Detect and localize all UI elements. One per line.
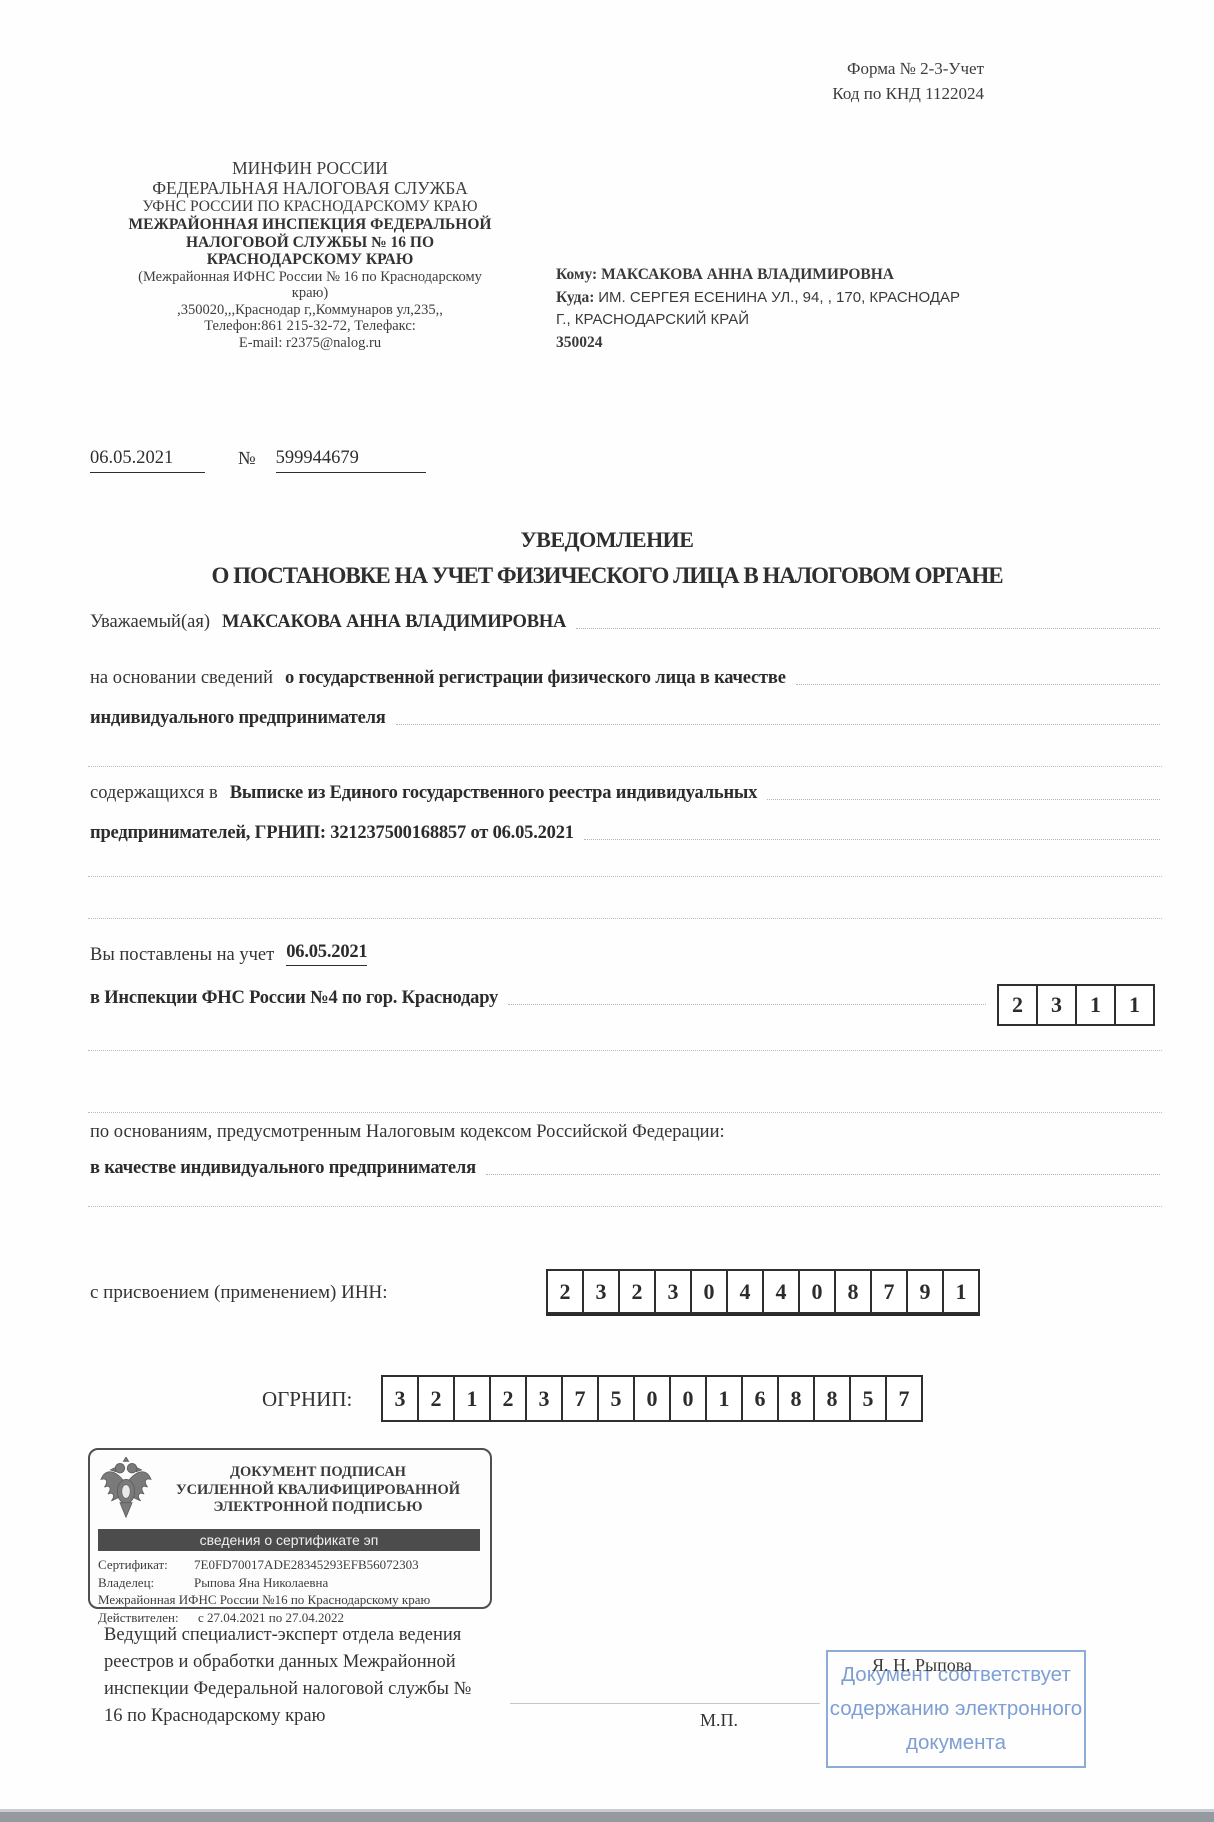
date-number-line: 06.05.2021 № 599944679: [90, 448, 426, 473]
dotted-fill: [796, 684, 1160, 685]
recipient-name-line: Кому: МАКСАКОВА АННА ВЛАДИМИРОВНА: [556, 264, 1016, 287]
ogrnip-digit: 8: [813, 1375, 851, 1422]
ogrnip-digit: 0: [633, 1375, 671, 1422]
inn-digit: 9: [906, 1269, 944, 1314]
inspection-name: в Инспекции ФНС России №4 по гор. Красно…: [90, 988, 498, 1009]
sender-email: E-mail: r2375@nalog.ru: [80, 335, 540, 352]
page-bottom-edge: [0, 1812, 1214, 1822]
sender-line: краю): [80, 285, 540, 302]
ogrnip-digit: 2: [489, 1375, 527, 1422]
inn-digit: 3: [654, 1269, 692, 1314]
inn-digit: 2: [546, 1269, 584, 1314]
coat-of-arms-icon: [98, 1457, 156, 1524]
ogrnip-digit: 8: [777, 1375, 815, 1422]
dotted-fill: [576, 628, 1160, 629]
certificate-info: Сертификат: 7E0FD70017ADE28345293EFB5607…: [98, 1556, 480, 1626]
official-position-line: 16 по Краснодарскому краю: [104, 1703, 584, 1730]
esignature-title-3: ЭЛЕКТРОННОЙ ПОДПИСЬЮ: [156, 1499, 480, 1517]
ogrnip-digit: 5: [597, 1375, 635, 1422]
inn-boxes: 2 3 2 3 0 4 4 0 8 7 9 1: [546, 1269, 980, 1316]
inn-digit: 2: [618, 1269, 656, 1314]
sender-block: МИНФИН РОССИИ ФЕДЕРАЛЬНАЯ НАЛОГОВАЯ СЛУЖ…: [80, 158, 540, 351]
owner-row: Владелец: Рыпова Яна Николаевна: [98, 1574, 480, 1592]
owner-label: Владелец:: [98, 1574, 194, 1592]
ogrnip-digit: 7: [885, 1375, 923, 1422]
dotted-fill: [396, 724, 1160, 725]
dotted-separator: [88, 1050, 1162, 1051]
recipient-postcode: 350024: [556, 332, 1016, 355]
inn-digit: 1: [942, 1269, 980, 1314]
dotted-separator: [88, 1112, 1162, 1113]
contained-row-2: предпринимателей, ГРНИП: 321237500168857…: [90, 823, 1160, 844]
verification-stamp-line: документа: [828, 1726, 1084, 1760]
basis-row-1: на основании сведений о государственной …: [90, 668, 1160, 689]
esignature-title-2: УСИЛЕННОЙ КВАЛИФИЦИРОВАННОЙ: [156, 1482, 480, 1500]
stamp-place-label: М.П.: [700, 1710, 738, 1731]
esignature-title-1: ДОКУМЕНТ ПОДПИСАН: [156, 1464, 480, 1482]
ogrnip-digit: 7: [561, 1375, 599, 1422]
basis-value-1: о государственной регистрации физическог…: [285, 668, 786, 689]
ogrnip-digit: 1: [453, 1375, 491, 1422]
recipient-address-2: Г., КРАСНОДАРСКИЙ КРАЙ: [556, 309, 1016, 332]
esignature-stamp: ДОКУМЕНТ ПОДПИСАН УСИЛЕННОЙ КВАЛИФИЦИРОВ…: [88, 1448, 492, 1609]
sender-line: ФЕДЕРАЛЬНАЯ НАЛОГОВАЯ СЛУЖБА: [80, 178, 540, 198]
inn-digit: 7: [870, 1269, 908, 1314]
sender-line: МИНФИН РОССИИ: [80, 158, 540, 178]
sender-line: МЕЖРАЙОННАЯ ИНСПЕКЦИЯ ФЕДЕРАЛЬНОЙ: [80, 216, 540, 234]
basis-label: на основании сведений: [90, 668, 273, 689]
dotted-separator: [88, 918, 1162, 919]
grounds-row-2: в качестве индивидуального предпринимате…: [90, 1158, 1160, 1179]
document-title: УВЕДОМЛЕНИЕ: [0, 527, 1214, 553]
verification-stamp-line: содержанию электронного: [828, 1692, 1084, 1726]
recipient-to-label: Кому:: [556, 266, 597, 283]
dotted-fill: [767, 799, 1160, 800]
recipient-addr-label: Куда:: [556, 289, 594, 306]
official-position-block: Ведущий специалист-эксперт отдела ведени…: [104, 1622, 584, 1730]
certificate-label: Сертификат:: [98, 1556, 194, 1574]
dotted-fill: [486, 1174, 1160, 1175]
official-position-line: инспекции Федеральной налоговой службы №: [104, 1676, 584, 1703]
code-digit: 2: [997, 984, 1038, 1026]
contained-row-1: содержащихся в Выписке из Единого госуда…: [90, 783, 1160, 804]
signer-name: Я. Н. Рыпова: [872, 1655, 972, 1676]
inn-label: с присвоением (применением) ИНН:: [90, 1282, 388, 1304]
knd-code: Код по КНД 1122024: [832, 81, 984, 106]
recipient-block: Кому: МАКСАКОВА АННА ВЛАДИМИРОВНА Куда: …: [556, 264, 1016, 354]
ogrnip-digit: 3: [381, 1375, 419, 1422]
ogrnip-boxes: 3 2 1 2 3 7 5 0 0 1 6 8 8 5 7: [381, 1375, 923, 1422]
salutation-label: Уважаемый(ая): [90, 612, 210, 633]
salutation-row: Уважаемый(ая) МАКСАКОВА АННА ВЛАДИМИРОВН…: [90, 612, 1160, 633]
dotted-fill: [508, 1004, 986, 1005]
code-digit: 1: [1075, 984, 1116, 1026]
certificate-value: 7E0FD70017ADE28345293EFB56072303: [194, 1556, 419, 1574]
basis-row-2: индивидуального предпринимателя: [90, 708, 1160, 729]
signature-line: [510, 1703, 820, 1704]
owner-value: Рыпова Яна Николаевна: [194, 1574, 328, 1592]
official-position-line: реестров и обработки данных Межрайонной: [104, 1649, 584, 1676]
code-digit: 3: [1036, 984, 1077, 1026]
document-date: 06.05.2021: [90, 448, 205, 473]
number-sign: №: [238, 449, 256, 473]
ogrnip-digit: 0: [669, 1375, 707, 1422]
document-subtitle: О ПОСТАНОВКЕ НА УЧЕТ ФИЗИЧЕСКОГО ЛИЦА В …: [0, 563, 1214, 589]
ogrnip-digit: 1: [705, 1375, 743, 1422]
inn-digit: 4: [762, 1269, 800, 1314]
ogrnip-digit: 3: [525, 1375, 563, 1422]
recipient-name: МАКСАКОВА АННА ВЛАДИМИРОВНА: [601, 266, 894, 283]
grounds-row-1: по основаниям, предусмотренным Налоговым…: [90, 1122, 1160, 1143]
contained-label: содержащихся в: [90, 783, 218, 804]
org-line: Межрайонная ИФНС России №16 по Краснодар…: [98, 1591, 480, 1609]
contained-value-2: предпринимателей, ГРНИП: 321237500168857…: [90, 823, 574, 844]
document-number: 599944679: [276, 448, 426, 473]
ogrnip-label: ОГРНИП:: [262, 1387, 352, 1412]
dotted-separator: [88, 876, 1162, 877]
salutation-name: МАКСАКОВА АННА ВЛАДИМИРОВНА: [222, 612, 566, 633]
ogrnip-digit: 5: [849, 1375, 887, 1422]
inspection-code-boxes: 2 3 1 1: [997, 984, 1155, 1026]
inn-digit: 4: [726, 1269, 764, 1314]
sender-phone: Телефон:861 215-32-72, Телефакс:: [80, 318, 540, 335]
recipient-address-1: ИМ. СЕРГЕЯ ЕСЕНИНА УЛ., 94, , 170, КРАСН…: [598, 289, 960, 306]
ogrnip-digit: 6: [741, 1375, 779, 1422]
inn-digit: 0: [798, 1269, 836, 1314]
certificate-band: сведения о сертификате эп: [98, 1529, 480, 1551]
esignature-title: ДОКУМЕНТ ПОДПИСАН УСИЛЕННОЙ КВАЛИФИЦИРОВ…: [156, 1464, 480, 1517]
sender-line: КРАСНОДАРСКОМУ КРАЮ: [80, 251, 540, 269]
recipient-address-line: Куда: ИМ. СЕРГЕЯ ЕСЕНИНА УЛ., 94, , 170,…: [556, 287, 1016, 310]
dotted-separator: [88, 766, 1162, 767]
dotted-separator: [88, 1206, 1162, 1207]
contained-value-1: Выписке из Единого государственного реес…: [230, 783, 757, 804]
sender-line: НАЛОГОВОЙ СЛУЖБЫ № 16 ПО: [80, 234, 540, 252]
ogrnip-digit: 2: [417, 1375, 455, 1422]
document-page: Форма № 2-3-Учет Код по КНД 1122024 МИНФ…: [0, 0, 1214, 1822]
sender-address: ,350020,,,Краснодар г,,Коммунаров ул,235…: [80, 302, 540, 319]
esignature-header: ДОКУМЕНТ ПОДПИСАН УСИЛЕННОЙ КВАЛИФИЦИРОВ…: [98, 1457, 480, 1524]
sender-line: (Межрайонная ИФНС России № 16 по Краснод…: [80, 269, 540, 286]
basis-value-2: индивидуального предпринимателя: [90, 708, 386, 729]
form-number: Форма № 2-3-Учет: [832, 56, 984, 81]
inn-digit: 0: [690, 1269, 728, 1314]
grounds-text: по основаниям, предусмотренным Налоговым…: [90, 1122, 725, 1143]
code-digit: 1: [1114, 984, 1155, 1026]
registered-row: Вы поставлены на учет 06.05.2021: [90, 942, 1160, 966]
grounds-value: в качестве индивидуального предпринимате…: [90, 1158, 476, 1179]
inn-digit: 3: [582, 1269, 620, 1314]
form-code-block: Форма № 2-3-Учет Код по КНД 1122024: [832, 56, 984, 106]
registered-date: 06.05.2021: [286, 942, 367, 966]
inspection-row: в Инспекции ФНС России №4 по гор. Красно…: [90, 988, 986, 1009]
inn-digit: 8: [834, 1269, 872, 1314]
sender-line: УФНС РОССИИ ПО КРАСНОДАРСКОМУ КРАЮ: [80, 198, 540, 216]
registered-label: Вы поставлены на учет: [90, 945, 274, 966]
dotted-fill: [584, 839, 1160, 840]
official-position-line: Ведущий специалист-эксперт отдела ведени…: [104, 1622, 584, 1649]
certificate-row: Сертификат: 7E0FD70017ADE28345293EFB5607…: [98, 1556, 480, 1574]
